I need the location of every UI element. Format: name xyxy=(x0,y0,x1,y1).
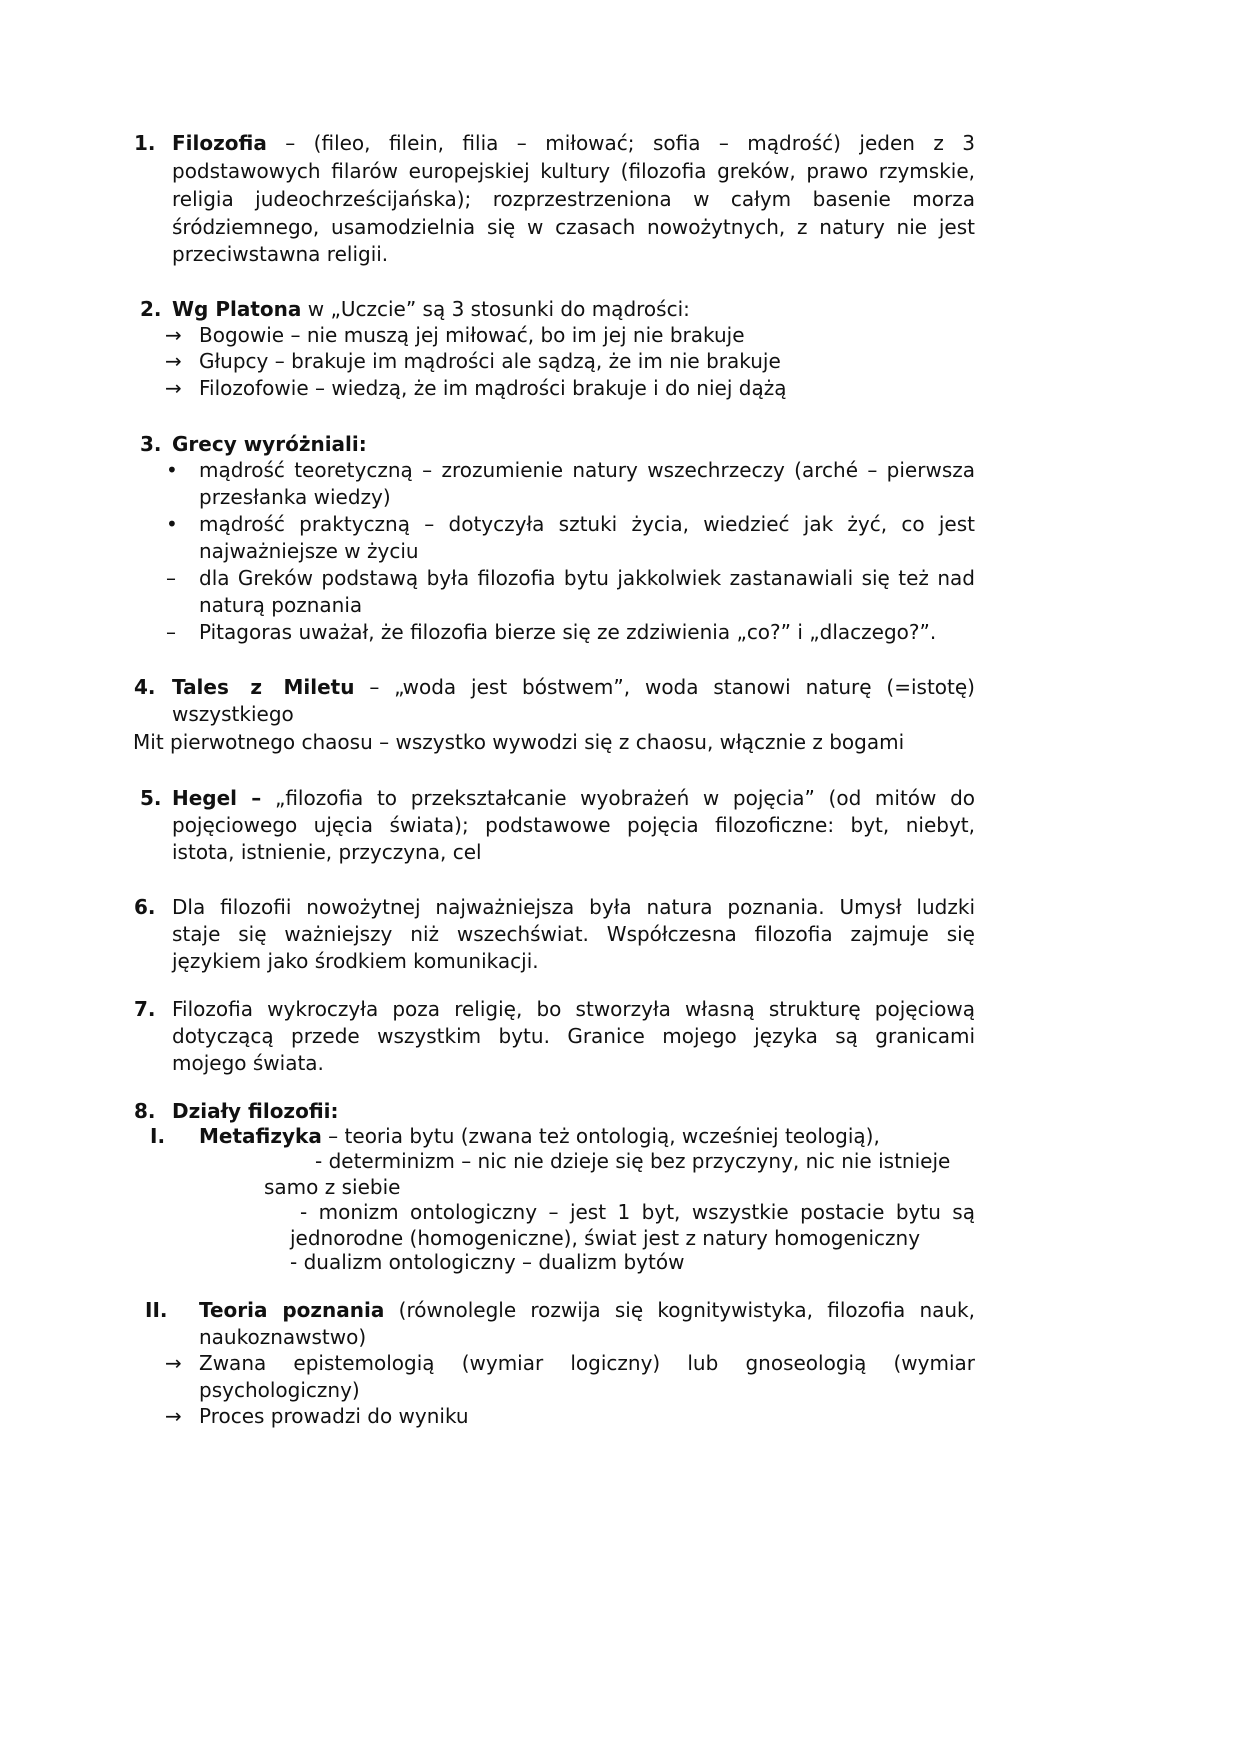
section-text-line: - monizm ontologiczny – jest 1 byt, wszy… xyxy=(300,1198,975,1226)
sub-item-cont: psychologiczny) xyxy=(199,1376,360,1404)
section-text-line: samo z siebie xyxy=(264,1173,400,1201)
item-heading: Hegel – xyxy=(172,786,261,810)
paragraph: Mit pierwotnego chaosu – wszystko wywodz… xyxy=(133,728,904,756)
item-text-line: przeciwstawna religii. xyxy=(172,240,388,268)
section-text-line: - determinizm – nic nie dzieje się bez p… xyxy=(315,1147,950,1175)
item-text-line: Wg Platona w „Uczcie” są 3 stosunki do m… xyxy=(172,295,690,323)
section-number: II. xyxy=(145,1296,167,1324)
sub-item: Proces prowadzi do wyniku xyxy=(199,1402,469,1430)
sub-item: Bogowie – nie muszą jej miłować, bo im j… xyxy=(199,321,745,349)
item-text-line: Tales z Miletu – „woda jest bóstwem”, wo… xyxy=(172,673,975,701)
section-text-line: Metafizyka – teoria bytu (zwana też onto… xyxy=(199,1122,880,1150)
item-number: 8. xyxy=(134,1097,156,1125)
arrow-icon: → xyxy=(165,1402,182,1430)
sub-item: mądrość praktyczną – dotyczyła sztuki ży… xyxy=(199,510,975,538)
item-number: 6. xyxy=(134,893,156,921)
dash-icon: – xyxy=(166,618,176,646)
dash-icon: – xyxy=(166,564,176,592)
sub-item: dla Greków podstawą była filozofia bytu … xyxy=(199,564,975,592)
item-text-line: Hegel – „filozofia to przekształcanie wy… xyxy=(172,784,975,812)
arrow-icon: → xyxy=(165,347,182,375)
document-page: 1. Filozofia – (fileo, filein, filia – m… xyxy=(0,0,1240,1754)
sub-item-cont: przesłanka wiedzy) xyxy=(199,483,391,511)
item-text-line: językiem jako środkiem komunikacji. xyxy=(172,947,539,975)
item-text-line: religia judeochrześcijańska); rozprzestr… xyxy=(172,185,975,213)
item-text-line: dotyczącą przede wszystkim bytu. Granice… xyxy=(172,1022,975,1050)
item-text-line: podstawowych filarów europejskiej kultur… xyxy=(172,157,975,185)
item-number: 4. xyxy=(134,673,156,701)
bullet-icon: • xyxy=(166,456,178,484)
section-text-line: naukoznawstwo) xyxy=(199,1323,366,1351)
item-text-line: Filozofia wykroczyła poza religię, bo st… xyxy=(172,995,975,1023)
sub-item: Głupcy – brakuje im mądrości ale sądzą, … xyxy=(199,347,781,375)
sub-item-cont: najważniejsze w życiu xyxy=(199,537,419,565)
sub-item: Zwana epistemologią (wymiar logiczny) lu… xyxy=(199,1349,975,1377)
item-number: 1. xyxy=(134,129,156,157)
item-text-line: staje się ważniejszy niż wszechświat. Ws… xyxy=(172,920,975,948)
item-heading: Działy filozofii: xyxy=(172,1097,339,1125)
section-text-line: - dualizm ontologiczny – dualizm bytów xyxy=(290,1248,684,1276)
arrow-icon: → xyxy=(165,1349,182,1377)
item-heading: Tales z Miletu xyxy=(172,675,354,699)
sub-item: Pitagoras uważał, że filozofia bierze si… xyxy=(199,618,936,646)
item-number: 3. xyxy=(140,430,162,458)
item-number: 7. xyxy=(134,995,156,1023)
item-text-line: wszystkiego xyxy=(172,700,294,728)
bullet-icon: • xyxy=(166,510,178,538)
section-number: I. xyxy=(150,1122,165,1150)
arrow-icon: → xyxy=(165,374,182,402)
item-number: 2. xyxy=(140,295,162,323)
sub-item: mądrość teoretyczną – zrozumienie natury… xyxy=(199,456,975,484)
item-text-line: śródziemnego, usamodzielnia się w czasac… xyxy=(172,213,975,241)
sub-item-cont: naturą poznania xyxy=(199,591,362,619)
item-heading: Grecy wyróżniali: xyxy=(172,430,367,458)
section-heading: Teoria poznania xyxy=(199,1298,384,1322)
sub-item: Filozofowie – wiedzą, że im mądrości bra… xyxy=(199,374,786,402)
section-text-line: Teoria poznania (równolegle rozwija się … xyxy=(199,1296,975,1324)
item-text-line: Dla filozofii nowożytnej najważniejsza b… xyxy=(172,893,975,921)
item-text-line: pojęciowego ujęcia świata); podstawowe p… xyxy=(172,811,975,839)
item-heading: Wg Platona xyxy=(172,297,301,321)
arrow-icon: → xyxy=(165,321,182,349)
item-text-line: mojego świata. xyxy=(172,1049,324,1077)
item-text-line: istota, istnienie, przyczyna, cel xyxy=(172,838,482,866)
item-text-line: Filozofia – (fileo, filein, filia – miło… xyxy=(172,129,975,157)
section-heading: Metafizyka xyxy=(199,1124,322,1148)
item-number: 5. xyxy=(140,784,162,812)
item-heading: Filozofia xyxy=(172,131,267,155)
